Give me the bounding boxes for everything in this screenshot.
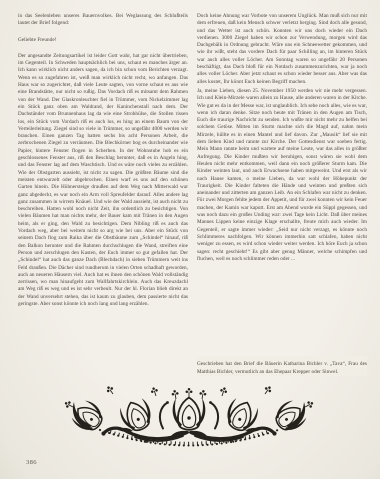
letter-paragraph: Ja, meine Lieben, diesen 25. November 19…: [197, 88, 367, 263]
garland-left: [63, 385, 189, 443]
page-number: 386: [26, 459, 37, 466]
intro-text: in das Seelenleben unseres Bauernvolkes.…: [18, 13, 188, 28]
text-columns: in das Seelenleben unseres Bauernvolkes.…: [18, 13, 367, 376]
left-column: in das Seelenleben unseres Bauernvolkes.…: [18, 13, 188, 376]
letter-closing-note: Geschrieben hat den Brief die Bäuerin Ka…: [197, 356, 367, 376]
right-column: Doch keine Ahnung war Vorbote von unsere…: [197, 13, 367, 376]
tulip-garland-ornament: [54, 381, 324, 461]
book-page: in das Seelenleben unseres Bauernvolkes.…: [0, 0, 380, 479]
letter-paragraph: Der angesandte Zeitungsartikel ist leide…: [18, 53, 188, 308]
garland-right: [189, 385, 315, 443]
letter-salutation: Geliebte Freunde!: [18, 37, 188, 44]
letter-paragraph: Doch keine Ahnung war Vorbote von unsere…: [197, 13, 367, 86]
